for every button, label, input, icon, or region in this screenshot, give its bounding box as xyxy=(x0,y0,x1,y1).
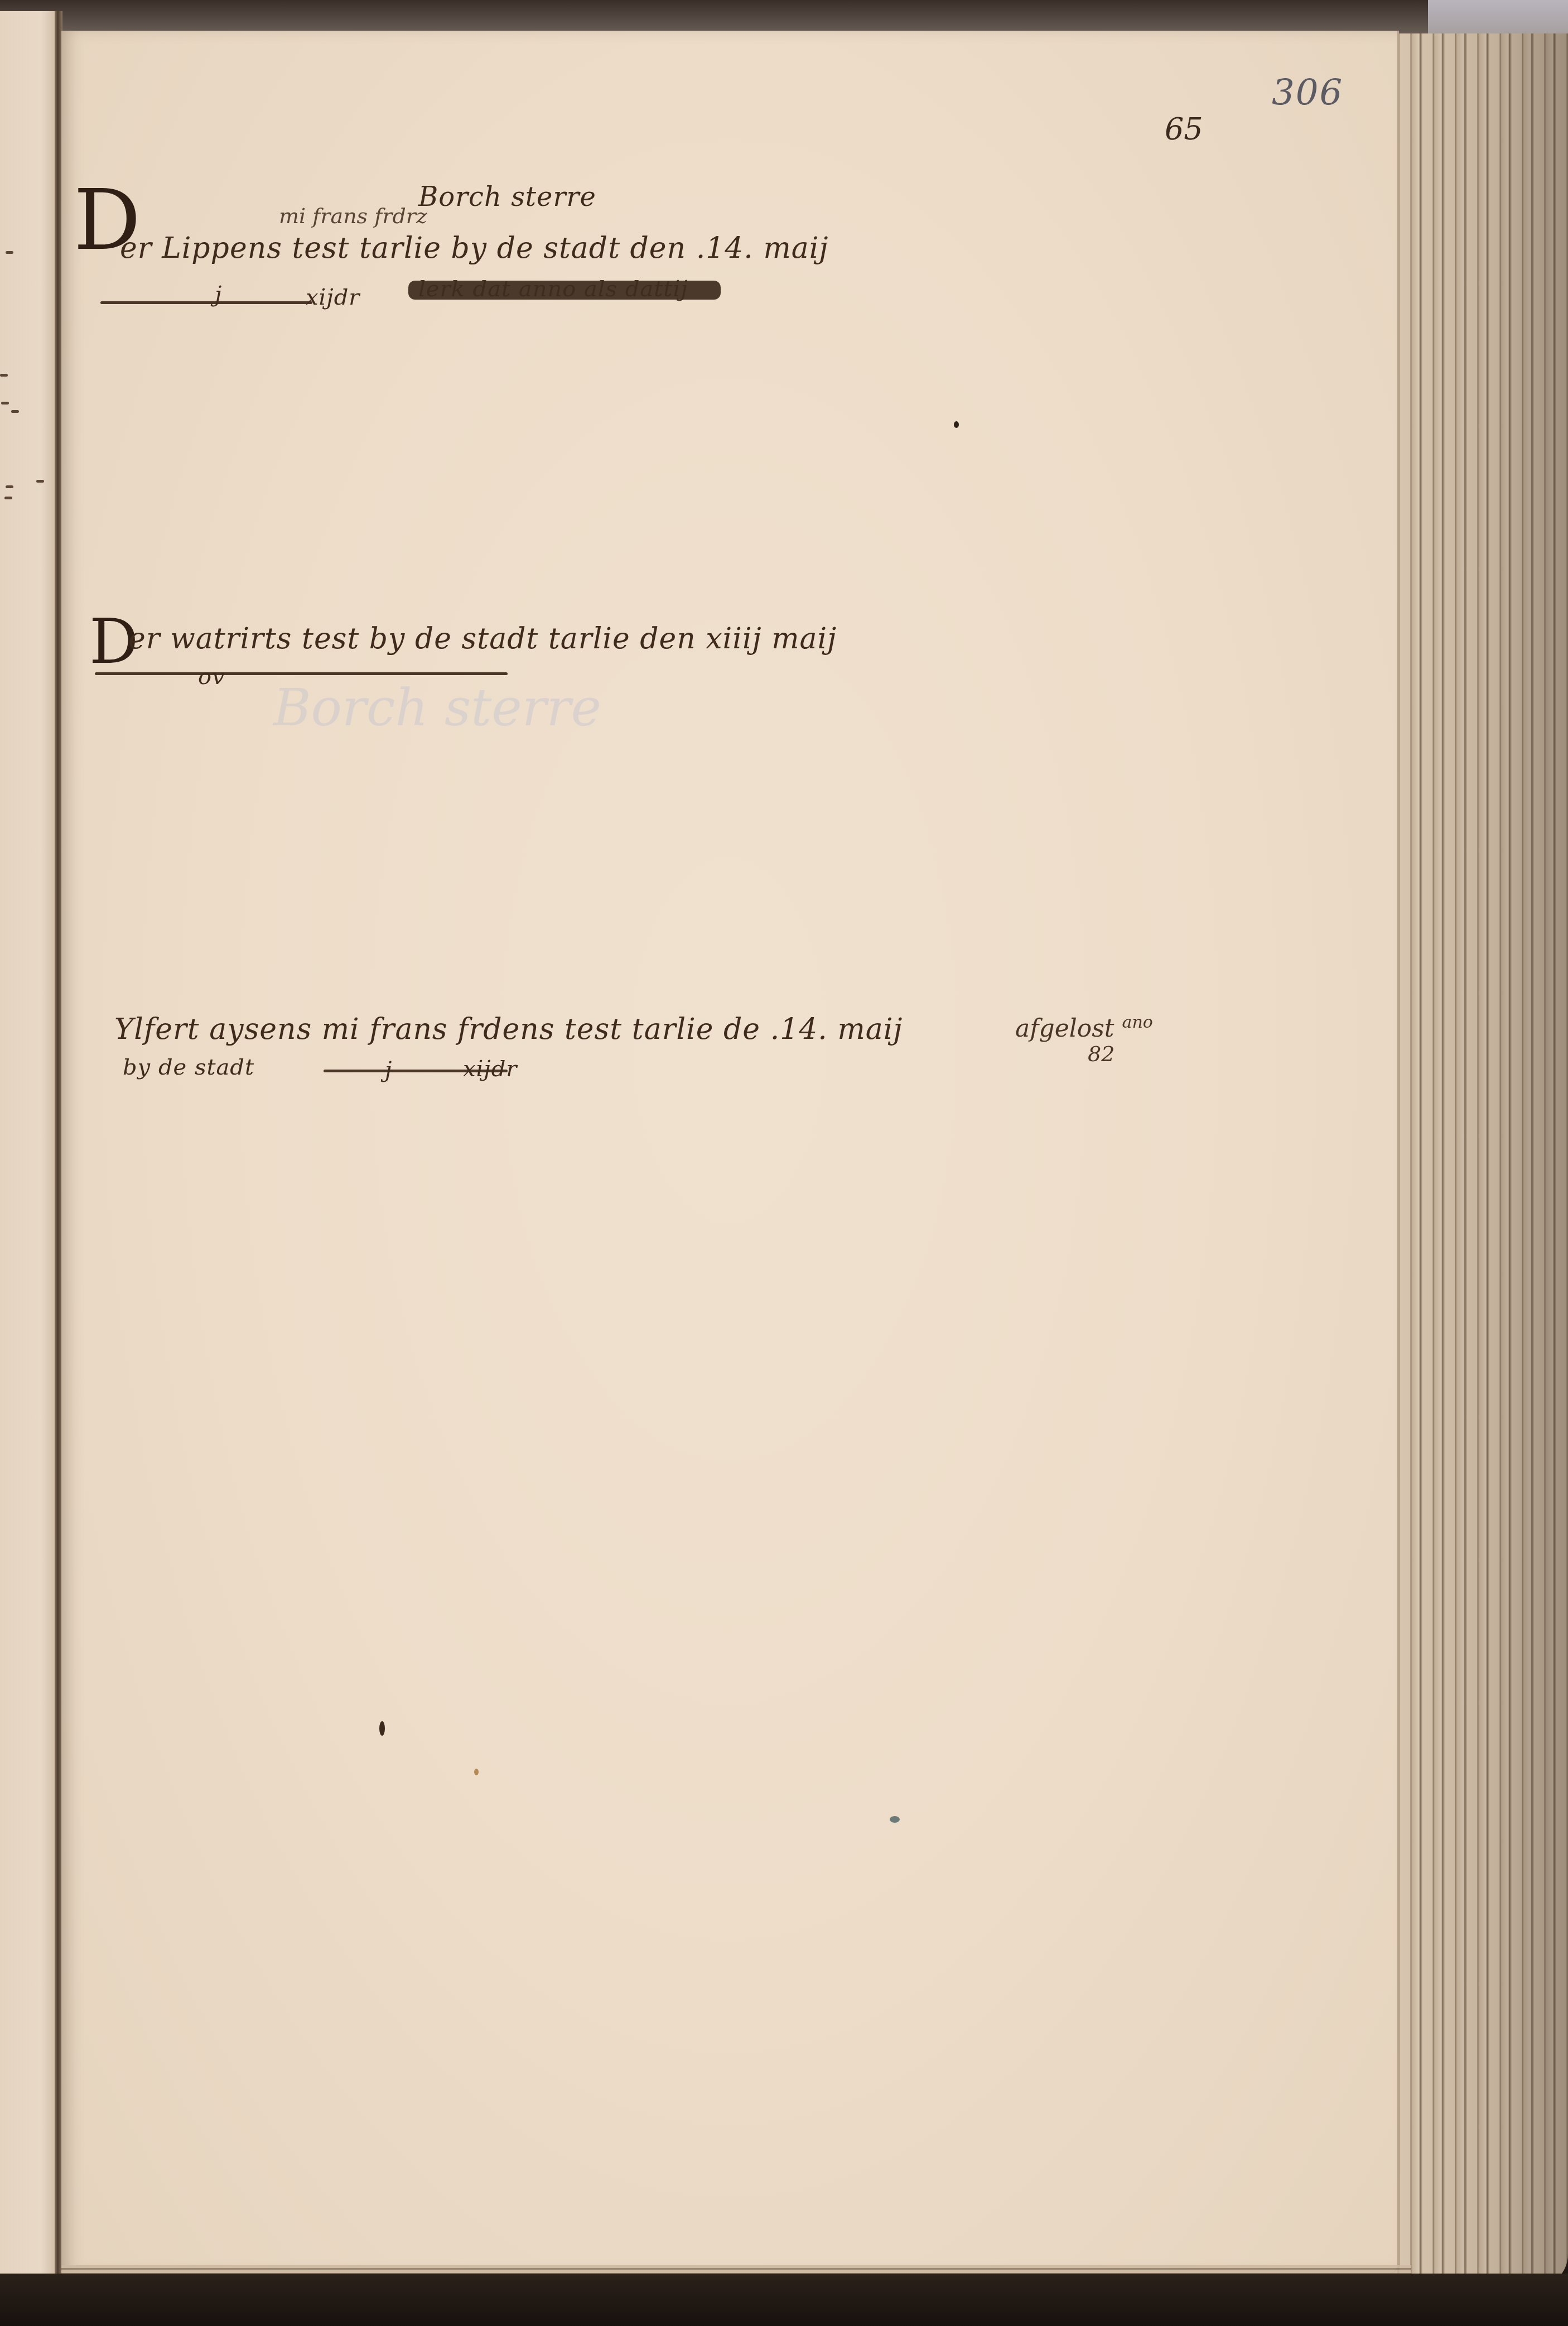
folio-number-pencil: 306 xyxy=(1272,73,1343,114)
entry-1-line-2-middle: xijdr xyxy=(306,285,360,310)
paper-spot xyxy=(474,1769,479,1775)
entry-3-line-1: Ylfert aysens mi frans frdens test tarli… xyxy=(114,1013,903,1046)
paper-spot xyxy=(379,1721,385,1736)
entry-2-line-1: er watrirts test by de stadt tarlie den … xyxy=(128,622,837,656)
ink-mark xyxy=(1,402,9,404)
entry-3-line-2-right: xijdr xyxy=(463,1056,517,1082)
entry-2-line-2: ov xyxy=(198,664,225,690)
bleed-through-text: Borch sterre xyxy=(273,678,601,738)
entry-1-strikethrough xyxy=(408,281,721,300)
entry-3-line-2-mid: j xyxy=(385,1057,392,1083)
manuscript-page: 306 65 Borch sterre D mi frans frdrz Bor… xyxy=(61,31,1397,2274)
margin-note-text: afgelost xyxy=(1015,1014,1115,1043)
ink-mark xyxy=(6,251,13,254)
ink-mark xyxy=(36,480,44,483)
entry-3-line-2-left: by de stadt xyxy=(123,1054,254,1080)
entry-1-line-2-left: j xyxy=(215,282,222,307)
margin-note-sup: ano xyxy=(1122,1013,1153,1032)
ink-mark xyxy=(0,374,8,377)
ink-mark xyxy=(11,410,19,413)
ink-mark xyxy=(6,485,13,488)
folio-number-ink: 65 xyxy=(1165,112,1203,147)
entry-1-line-1: er Lippens test tarlie by de stadt den .… xyxy=(120,232,828,265)
entry-2-rule xyxy=(95,672,508,675)
left-leaf-edge xyxy=(0,11,59,2304)
dark-surface xyxy=(0,2274,1568,2326)
entry-1-interlinear-right: Borch sterre xyxy=(418,181,596,213)
entry-1-rule xyxy=(100,301,312,304)
entry-3-margin-note: afgelost ano xyxy=(1015,1013,1153,1043)
paper-spot xyxy=(954,421,959,428)
page-stack-shade xyxy=(1378,33,1568,2288)
paper-spot xyxy=(890,1816,900,1823)
ink-mark xyxy=(4,497,12,499)
entry-1-interlinear-left: mi frans frdrz xyxy=(279,204,427,228)
entry-3-margin-note-number: 82 xyxy=(1088,1042,1115,1066)
